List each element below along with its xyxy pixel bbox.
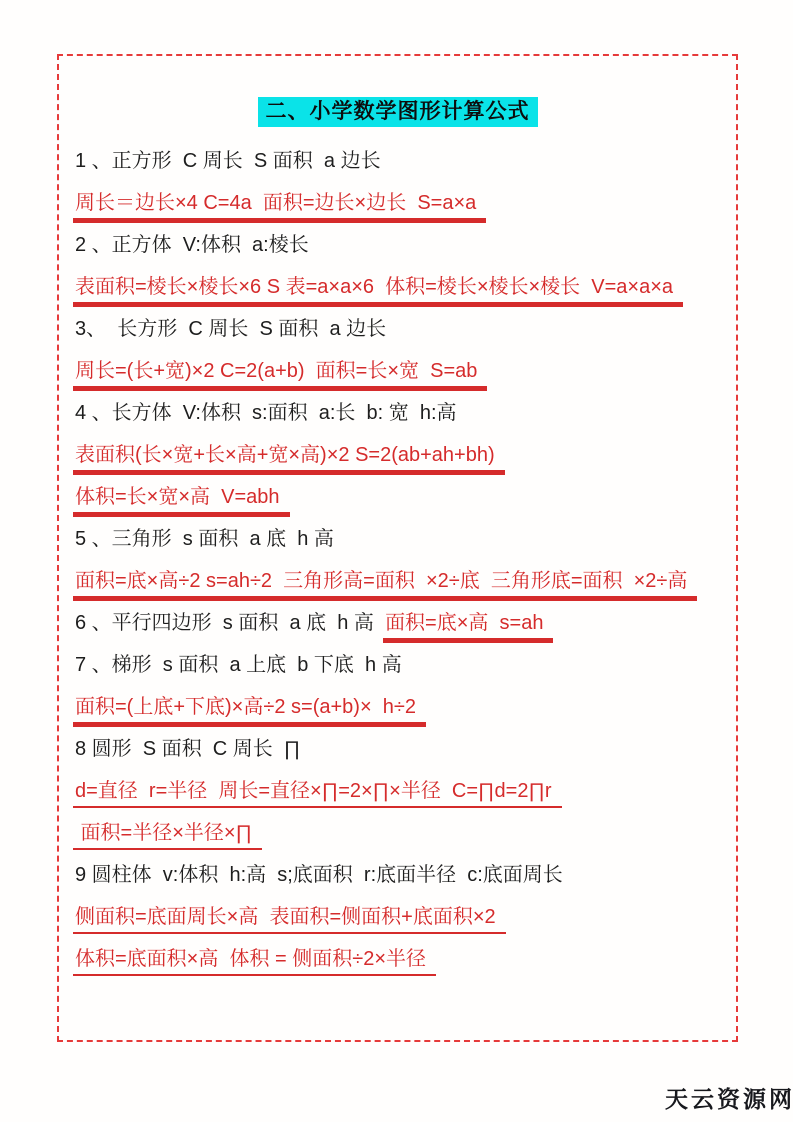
formula-text: 表面积(长×宽+长×高+宽×高)×2 S=2(ab+ah+bh): [73, 442, 505, 472]
formula-text: 周长＝边长×4 C=4a 面积=边长×边长 S=a×a: [73, 190, 486, 220]
section-1-formula: 周长＝边长×4 C=4a 面积=边长×边长 S=a×a: [75, 182, 733, 224]
section-2-formula: 表面积=棱长×棱长×6 S 表=a×a×6 体积=棱长×棱长×棱长 V=a×a×…: [75, 266, 733, 308]
section-4-formula-surface: 表面积(长×宽+长×高+宽×高)×2 S=2(ab+ah+bh): [75, 434, 733, 476]
section-9-formula-volume: 体积=底面积×高 体积 = 侧面积÷2×半径: [75, 938, 733, 980]
section-2-heading: 2 、正方体 V:体积 a:棱长: [75, 224, 733, 266]
formula-text: 侧面积=底面周长×高 表面积=侧面积+底面积×2: [73, 904, 506, 934]
page-title: 二、小学数学图形计算公式: [258, 97, 538, 127]
section-4-heading: 4 、长方体 V:体积 s:面积 a:长 b: 宽 h:高: [75, 392, 733, 434]
section-3-formula: 周长=(长+宽)×2 C=2(a+b) 面积=长×宽 S=ab: [75, 350, 733, 392]
section-8-formula-area: 面积=半径×半径×∏: [75, 812, 733, 854]
section-9-heading: 9 圆柱体 v:体积 h:高 s;底面积 r:底面半径 c:底面周长: [75, 854, 733, 896]
content-lines: 1 、正方形 C 周长 S 面积 a 边长 周长＝边长×4 C=4a 面积=边长…: [75, 140, 733, 980]
watermark: 天云资源网: [665, 1081, 793, 1114]
section-8-heading: 8 圆形 S 面积 C 周长 ∏: [75, 728, 733, 770]
dashed-border: 二、小学数学图形计算公式 1 、正方形 C 周长 S 面积 a 边长 周长＝边长…: [57, 54, 738, 1042]
section-7-heading: 7 、梯形 s 面积 a 上底 b 下底 h 高: [75, 644, 733, 686]
heading-text: 6 、平行四边形 s 面积 a 底 h 高: [75, 612, 385, 634]
section-9-formula-surface: 侧面积=底面周长×高 表面积=侧面积+底面积×2: [75, 896, 733, 938]
section-6-heading: 6 、平行四边形 s 面积 a 底 h 高 面积=底×高 s=ah: [75, 602, 733, 644]
formula-text: 面积=底×高÷2 s=ah÷2 三角形高=面积 ×2÷底 三角形底=面积 ×2÷…: [73, 568, 697, 598]
formula-text: 面积=半径×半径×∏: [73, 820, 262, 850]
formula-text: d=直径 r=半径 周长=直径×∏=2×∏×半径 C=∏d=2∏r: [73, 778, 562, 808]
formula-text: 周长=(长+宽)×2 C=2(a+b) 面积=长×宽 S=ab: [73, 358, 487, 388]
section-5-heading: 5 、三角形 s 面积 a 底 h 高: [75, 518, 733, 560]
formula-text: 体积=长×宽×高 V=abh: [73, 484, 290, 514]
section-7-formula: 面积=(上底+下底)×高÷2 s=(a+b)× h÷2: [75, 686, 733, 728]
document-page: 二、小学数学图形计算公式 1 、正方形 C 周长 S 面积 a 边长 周长＝边长…: [0, 0, 793, 1122]
formula-text: 表面积=棱长×棱长×6 S 表=a×a×6 体积=棱长×棱长×棱长 V=a×a×…: [73, 274, 683, 304]
formula-text: 体积=底面积×高 体积 = 侧面积÷2×半径: [73, 946, 436, 976]
section-8-formula-circumference: d=直径 r=半径 周长=直径×∏=2×∏×半径 C=∏d=2∏r: [75, 770, 733, 812]
section-6-inline-formula: 面积=底×高 s=ah: [383, 610, 553, 640]
formula-text: 面积=(上底+下底)×高÷2 s=(a+b)× h÷2: [73, 694, 426, 724]
section-1-heading: 1 、正方形 C 周长 S 面积 a 边长: [75, 140, 733, 182]
section-5-formula: 面积=底×高÷2 s=ah÷2 三角形高=面积 ×2÷底 三角形底=面积 ×2÷…: [75, 560, 733, 602]
section-4-formula-volume: 体积=长×宽×高 V=abh: [75, 476, 733, 518]
section-3-heading: 3、 长方形 C 周长 S 面积 a 边长: [75, 308, 733, 350]
